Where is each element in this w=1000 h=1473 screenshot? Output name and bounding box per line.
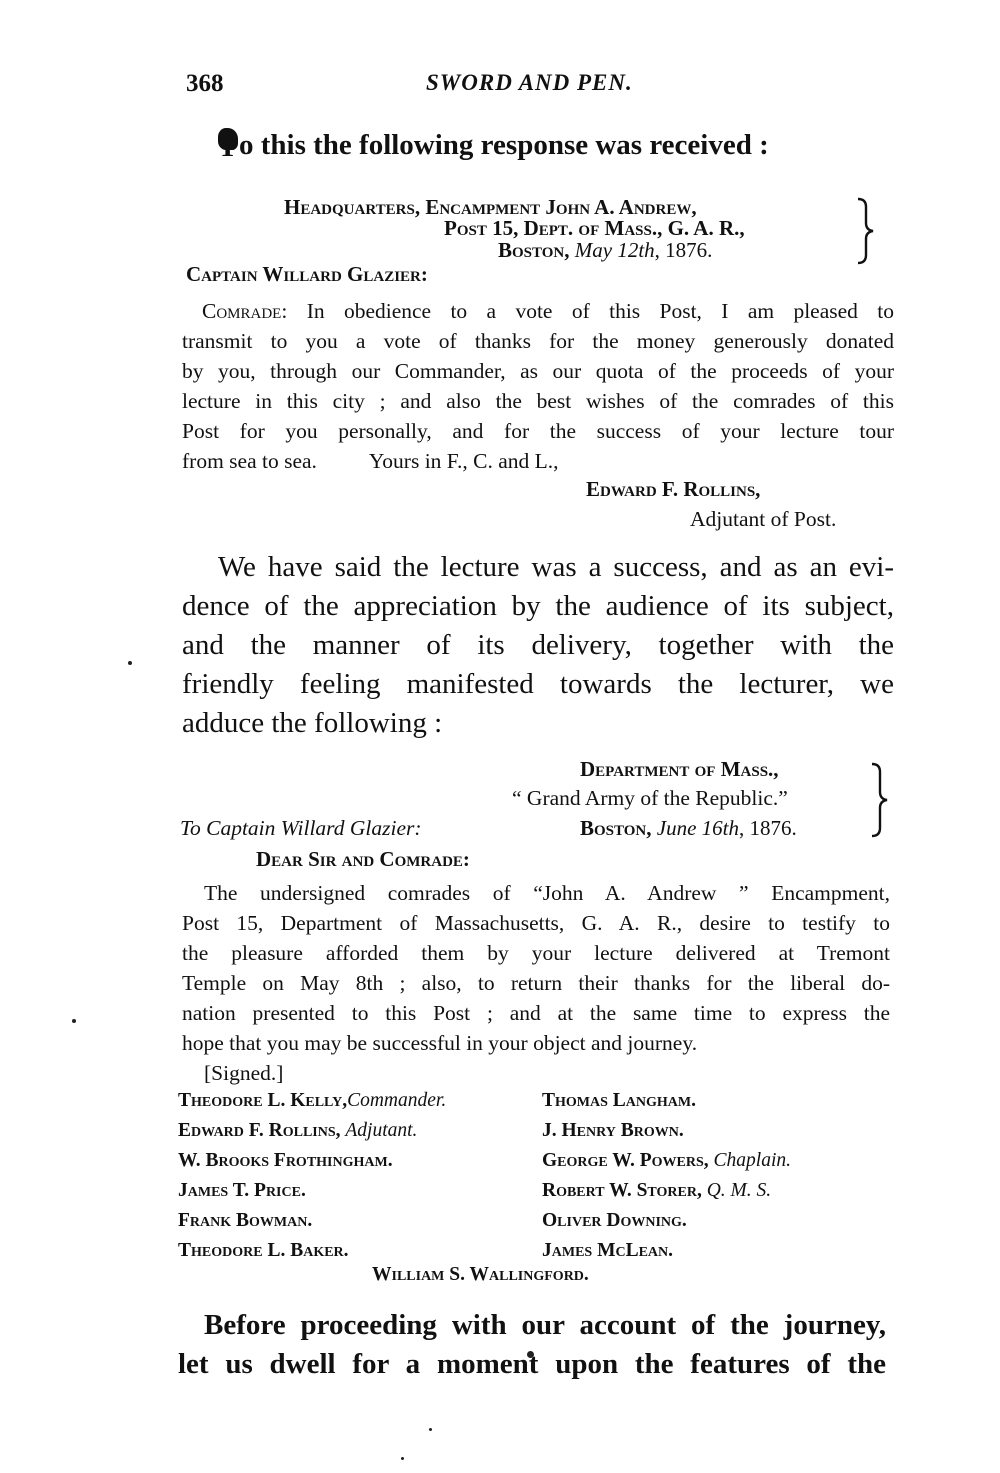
narrative-line: and the manner of its delivery, together… bbox=[182, 626, 894, 665]
signatory-left: Theodore L. Baker. bbox=[178, 1240, 542, 1262]
letter1-signer-title: Adjutant of Post. bbox=[690, 507, 836, 532]
scan-speck bbox=[527, 1351, 534, 1358]
scan-speck bbox=[429, 1428, 432, 1431]
running-title: SWORD AND PEN. bbox=[426, 70, 633, 96]
page-number: 368 bbox=[186, 70, 224, 98]
letter2-body-line: hope that you may be successful in your … bbox=[182, 1028, 890, 1058]
signatory-row: Theodore L. Kelly,Commander. Thomas Lang… bbox=[178, 1086, 898, 1116]
intro-text: o this the following response was receiv… bbox=[239, 129, 769, 161]
signatory-right: Robert W. Storer, Q. M. S. bbox=[542, 1180, 771, 1202]
signatory-right: George W. Powers, Chaplain. bbox=[542, 1150, 791, 1172]
signatory-left: Frank Bowman. bbox=[178, 1210, 542, 1232]
final-signatory: William S. Wallingford. bbox=[372, 1264, 589, 1286]
letter1-body-line: Post for you personally, and for the suc… bbox=[182, 416, 894, 446]
letter2-salutation: Dear Sir and Comrade: bbox=[256, 847, 470, 872]
letter2-heading-line3: Boston, June 16th, 1876. bbox=[580, 816, 797, 841]
letter2-heading-line1: Department of Mass., bbox=[580, 757, 779, 782]
letter2-addressee: To Captain Willard Glazier: bbox=[180, 816, 422, 841]
letter1-body-line: lecture in this city ; and also the best… bbox=[182, 386, 894, 416]
letter2-body-line: Temple on May 8th ; also, to return thei… bbox=[182, 968, 890, 998]
signatory-right: J. Henry Brown. bbox=[542, 1120, 684, 1142]
signatory-right: Thomas Langham. bbox=[542, 1090, 696, 1112]
signatory-left: Edward F. Rollins, Adjutant. bbox=[178, 1120, 542, 1142]
letter2-heading-line2: “ Grand Army of the Republic.” bbox=[512, 786, 788, 811]
signatory-left: W. Brooks Frothingham. bbox=[178, 1150, 542, 1172]
signatory-row: James T. Price. Robert W. Storer, Q. M. … bbox=[178, 1176, 898, 1206]
signatory-left: Theodore L. Kelly,Commander. bbox=[178, 1090, 542, 1112]
narrative-line: adduce the following : bbox=[182, 704, 894, 743]
signed-label: [Signed.] bbox=[182, 1058, 890, 1088]
narrative-line: We have said the lecture was a success, … bbox=[182, 548, 894, 587]
letter2-body-line: The undersigned comrades of “John A. And… bbox=[182, 878, 890, 908]
letter1-addressee: Captain Willard Glazier: bbox=[186, 262, 428, 287]
signatory-right: James McLean. bbox=[542, 1240, 673, 1262]
intro-line: To this the following response was recei… bbox=[218, 126, 769, 165]
ink-blot-drop-glyph: T bbox=[218, 128, 238, 150]
signatory-row: W. Brooks Frothingham. George W. Powers,… bbox=[178, 1146, 898, 1176]
letter2-body-line: the pleasure afforded them by your lectu… bbox=[182, 938, 890, 968]
narrative-paragraph-2: Before proceeding with our account of th… bbox=[178, 1306, 886, 1384]
letter2-body-line: Post 15, Department of Massachusetts, G.… bbox=[182, 908, 890, 938]
letter1-heading-line3: Boston, May 12th, 1876. bbox=[498, 238, 712, 263]
letter1-closing: Yours in F., C. and L., bbox=[369, 449, 559, 473]
signatory-row: Frank Bowman. Oliver Downing. bbox=[178, 1206, 898, 1236]
signatories-list: Theodore L. Kelly,Commander. Thomas Lang… bbox=[178, 1086, 898, 1266]
narrative-line: Before proceeding with our account of th… bbox=[178, 1306, 886, 1345]
narrative-paragraph-1: We have said the lecture was a success, … bbox=[182, 548, 894, 743]
letter1-body-line: transmit to you a vote of thanks for the… bbox=[182, 326, 894, 356]
letter1-body-line: from sea to sea.Yours in F., C. and L., bbox=[182, 446, 894, 476]
letter1-body: Comrade: In obedience to a vote of this … bbox=[182, 296, 894, 476]
letter1-body-line: by you, through our Commander, as our qu… bbox=[182, 356, 894, 386]
scan-speck bbox=[72, 1019, 76, 1023]
signatory-row: Theodore L. Baker. James McLean. bbox=[178, 1236, 898, 1266]
scan-speck bbox=[401, 1457, 404, 1460]
narrative-line: friendly feeling manifested towards the … bbox=[182, 665, 894, 704]
letter1-body-line: Comrade: In obedience to a vote of this … bbox=[182, 296, 894, 326]
signatory-right: Oliver Downing. bbox=[542, 1210, 687, 1232]
signatory-left: James T. Price. bbox=[178, 1180, 542, 1202]
letter2-body-line: nation presented to this Post ; and at t… bbox=[182, 998, 890, 1028]
letter1-signer-name: Edward F. Rollins, bbox=[586, 477, 760, 502]
letter2-body: The undersigned comrades of “John A. And… bbox=[182, 878, 890, 1088]
right-brace-icon bbox=[852, 197, 878, 265]
signatory-row: Edward F. Rollins, Adjutant. J. Henry Br… bbox=[178, 1116, 898, 1146]
right-brace-icon bbox=[866, 762, 892, 838]
narrative-line: dence of the appreciation by the audienc… bbox=[182, 587, 894, 626]
scan-speck bbox=[128, 661, 132, 665]
